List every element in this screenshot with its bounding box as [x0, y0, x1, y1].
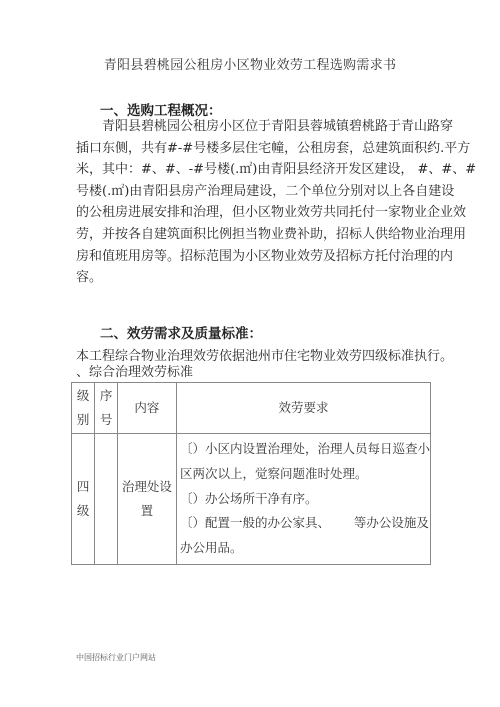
- document-title: 青阳县碧桃园公租房小区物业效劳工程选购需求书: [0, 54, 500, 73]
- header-content: 内容: [117, 383, 176, 434]
- paragraph-line: 青阳县碧桃园公租房小区位于青阳县蓉城镇碧桃路于青山路穿: [76, 116, 436, 138]
- requirement-line: 〔）小区内设置治理处，治理人员每日巡查小: [180, 437, 430, 462]
- section2-heading: 二、效劳需求及质量标准：: [100, 322, 262, 342]
- table-header-row: 级 别 序 号 内容 效劳要求: [72, 383, 431, 434]
- paragraph-line: 米，其中：#、#、-#号楼(.㎡)由青阳县经济开发区建设， #、#、#: [76, 159, 436, 181]
- footer-source: 中国招标行业门户网站: [76, 652, 156, 663]
- paragraph-line: 号楼(.㎡)由青阳县房产治理局建设，二个单位分别对以上各自建设: [76, 181, 436, 203]
- requirement-line: 区两次以上，觉察问题准时处理。: [180, 462, 430, 487]
- cell-seq: [95, 434, 117, 565]
- requirement-line: 〔）办公场所干净有序。: [180, 487, 430, 512]
- requirement-line: 〔）配置一般的办公家具、 等办公设施及: [180, 511, 430, 536]
- cell-level: 四 级: [72, 434, 95, 565]
- service-standard-table: 级 别 序 号 内容 效劳要求 四 级 治理处设 置 〔）小区内设置治理处，治理…: [71, 382, 431, 565]
- header-requirement: 效劳要求: [176, 383, 430, 434]
- paragraph-line: 房和值班用房等。招标范围为小区物业效劳及招标方托付治理的内: [76, 246, 436, 268]
- header-seq: 序 号: [95, 383, 117, 434]
- table-caption: 、综合治理效劳标准: [76, 361, 193, 380]
- requirement-line: 办公用品。: [180, 536, 430, 561]
- paragraph-line: 的公租房进展安排和治理，但小区物业效劳共同托付一家物业企业效: [76, 202, 436, 224]
- paragraph-line: 容。: [76, 267, 436, 289]
- section1-paragraph: 青阳县碧桃园公租房小区位于青阳县蓉城镇碧桃路于青山路穿 插口东侧，共有#-#号楼…: [76, 116, 436, 289]
- header-level: 级 别: [72, 383, 95, 434]
- table-row: 四 级 治理处设 置 〔）小区内设置治理处，治理人员每日巡查小 区两次以上，觉察…: [72, 434, 431, 565]
- cell-requirements: 〔）小区内设置治理处，治理人员每日巡查小 区两次以上，觉察问题准时处理。 〔）办…: [176, 434, 430, 565]
- paragraph-line: 劳，并按各自建筑面积比例担当物业费补助，招标人供给物业治理用: [76, 224, 436, 246]
- cell-content: 治理处设 置: [117, 434, 176, 565]
- paragraph-line: 插口东侧，共有#-#号楼多层住宅幢，公租房套，总建筑面积约.平方: [76, 138, 436, 160]
